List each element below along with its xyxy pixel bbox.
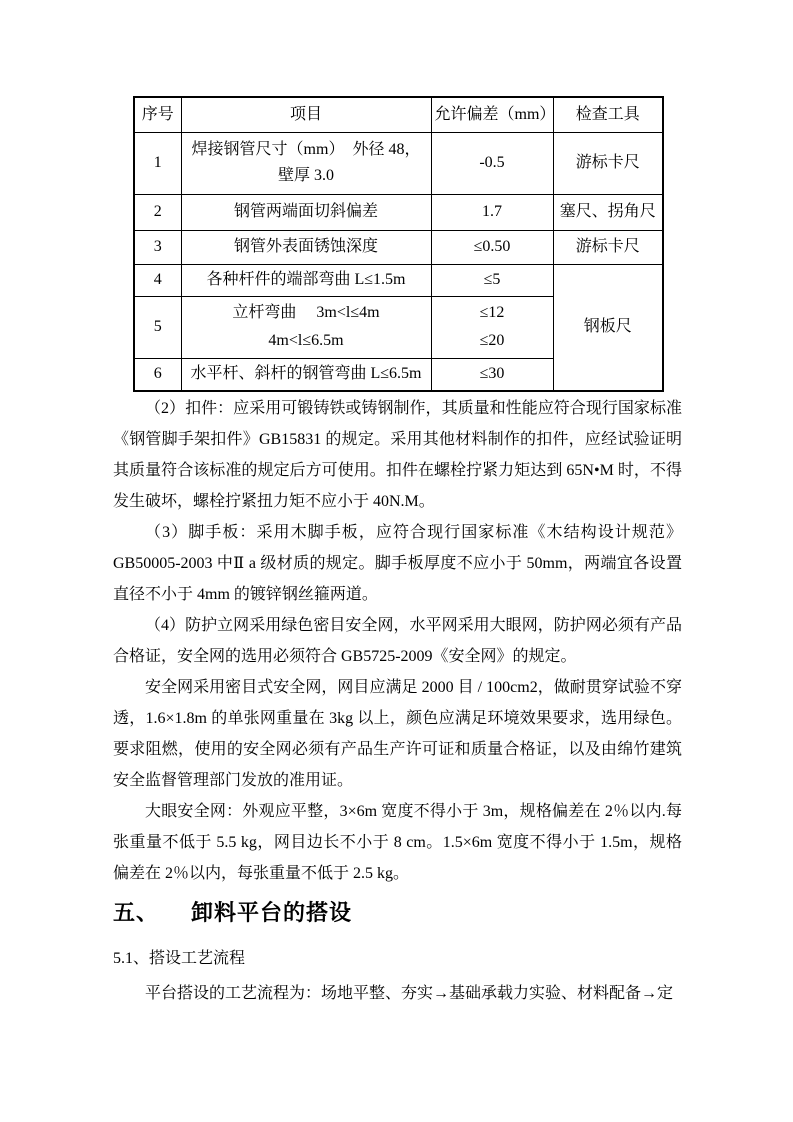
cell-no: 4 xyxy=(134,264,181,296)
cell-item: 钢管两端面切斜偏差 xyxy=(181,194,431,230)
cell-no: 6 xyxy=(134,358,181,391)
header-cell-item: 项目 xyxy=(181,97,431,132)
cell-item: 各种杆件的端部弯曲 L≤1.5m xyxy=(181,264,431,296)
cell-item-line2: 4m<l≤6.5m xyxy=(185,327,428,355)
document-page: 序号 项目 允许偏差（mm） 检查工具 1 焊接钢管尺寸（mm） 外径 48，壁… xyxy=(0,0,793,1122)
cell-item: 立杆弯曲 3m<l≤4m 4m<l≤6.5m xyxy=(181,296,431,358)
section-heading: 五、卸料平台的搭设 xyxy=(113,896,352,927)
cell-dev: 1.7 xyxy=(431,194,553,230)
cell-dev: ≤5 xyxy=(431,264,553,296)
header-cell-tool: 检查工具 xyxy=(553,97,663,132)
section-number: 五、 xyxy=(113,896,191,927)
cell-item: 钢管外表面锈蚀深度 xyxy=(181,230,431,264)
cell-dev-line1: ≤12 xyxy=(435,299,550,327)
cell-no: 1 xyxy=(134,132,181,194)
paragraph: （3）脚手板：采用木脚手板，应符合现行国家标准《木结构设计规范》GB50005-… xyxy=(113,517,682,610)
cell-no: 2 xyxy=(134,194,181,230)
paragraph: （2）扣件：应采用可锻铸铁或铸钢制作，其质量和性能应符合现行国家标准《钢管脚手架… xyxy=(113,393,682,517)
paragraph: 安全网采用密目式安全网，网目应满足 2000 目 / 100cm2，做耐贯穿试验… xyxy=(113,672,682,796)
header-cell-no: 序号 xyxy=(134,97,181,132)
subsection-heading: 5.1、搭设工艺流程 xyxy=(113,946,245,972)
body-text-block: （2）扣件：应采用可锻铸铁或铸钢制作，其质量和性能应符合现行国家标准《钢管脚手架… xyxy=(113,393,682,889)
cell-tool-merged: 钢板尺 xyxy=(553,264,663,391)
spec-table: 序号 项目 允许偏差（mm） 检查工具 1 焊接钢管尺寸（mm） 外径 48，壁… xyxy=(133,96,664,392)
table-row: 3 钢管外表面锈蚀深度 ≤0.50 游标卡尺 xyxy=(134,230,663,264)
paragraph: （4）防护立网采用绿色密目安全网，水平网采用大眼网，防护网必须有产品合格证，安全… xyxy=(113,610,682,672)
cell-item-line1: 立杆弯曲 3m<l≤4m xyxy=(185,299,428,327)
cell-dev-line2: ≤20 xyxy=(435,327,550,355)
table-row: 1 焊接钢管尺寸（mm） 外径 48，壁厚 3.0 -0.5 游标卡尺 xyxy=(134,132,663,194)
cell-dev: ≤30 xyxy=(431,358,553,391)
paragraph: 大眼安全网：外观应平整，3×6m 宽度不得小于 3m，规格偏差在 2％以内.每张… xyxy=(113,796,682,889)
cell-tool: 游标卡尺 xyxy=(553,132,663,194)
cell-dev: ≤0.50 xyxy=(431,230,553,264)
table-row: 2 钢管两端面切斜偏差 1.7 塞尺、拐角尺 xyxy=(134,194,663,230)
closing-paragraph: 平台搭设的工艺流程为：场地平整、夯实→基础承载力实验、材料配备→定 xyxy=(113,981,682,1007)
table-header-row: 序号 项目 允许偏差（mm） 检查工具 xyxy=(134,97,663,132)
cell-no: 5 xyxy=(134,296,181,358)
cell-tool: 塞尺、拐角尺 xyxy=(553,194,663,230)
cell-item: 焊接钢管尺寸（mm） 外径 48，壁厚 3.0 xyxy=(181,132,431,194)
cell-item: 水平杆、斜杆的钢管弯曲 L≤6.5m xyxy=(181,358,431,391)
cell-no: 3 xyxy=(134,230,181,264)
table-row: 4 各种杆件的端部弯曲 L≤1.5m ≤5 钢板尺 xyxy=(134,264,663,296)
section-title: 卸料平台的搭设 xyxy=(191,900,352,925)
cell-tool: 游标卡尺 xyxy=(553,230,663,264)
cell-dev: -0.5 xyxy=(431,132,553,194)
cell-dev: ≤12 ≤20 xyxy=(431,296,553,358)
header-cell-dev: 允许偏差（mm） xyxy=(431,97,553,132)
